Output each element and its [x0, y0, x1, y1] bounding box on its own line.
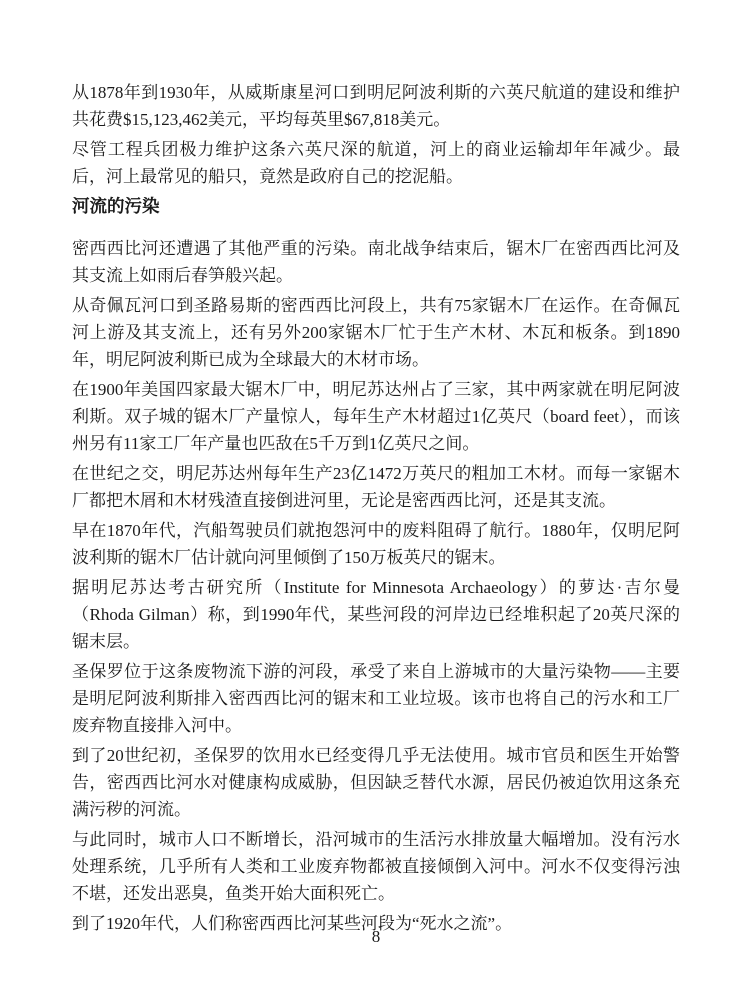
paragraph: 尽管工程兵团极力维护这条六英尺深的航道，河上的商业运输却年年减少。最后，河上最常…	[72, 136, 680, 190]
paragraph: 到了20世纪初，圣保罗的饮用水已经变得几乎无法使用。城市官员和医生开始警告，密西…	[72, 742, 680, 823]
document-page: 从1878年到1930年，从威斯康星河口到明尼阿波利斯的六英尺航道的建设和维护共…	[0, 0, 752, 1000]
paragraph: 在世纪之交，明尼苏达州每年生产23亿1472万英尺的粗加工木材。而每一家锯木厂都…	[72, 460, 680, 514]
paragraph: 早在1870年代，汽船驾驶员们就抱怨河中的废料阻碍了航行。1880年，仅明尼阿波…	[72, 517, 680, 571]
paragraph: 与此同时，城市人口不断增长，沿河城市的生活污水排放量大幅增加。没有污水处理系统，…	[72, 826, 680, 907]
document-body: 从1878年到1930年，从威斯康星河口到明尼阿波利斯的六英尺航道的建设和维护共…	[72, 0, 680, 940]
paragraph: 在1900年美国四家最大锯木厂中，明尼苏达州占了三家，其中两家就在明尼阿波利斯。…	[72, 376, 680, 457]
paragraph: 密西西比河还遭遇了其他严重的污染。南北战争结束后，锯木厂在密西西比河及其支流上如…	[72, 235, 680, 289]
paragraph: 圣保罗位于这条废物流下游的河段，承受了来自上游城市的大量污染物——主要是明尼阿波…	[72, 658, 680, 739]
paragraph: 从奇佩瓦河口到圣路易斯的密西西比河段上，共有75家锯木厂在运作。在奇佩瓦河上游及…	[72, 292, 680, 373]
page-number: 8	[0, 927, 752, 947]
section-heading: 河流的污染	[72, 193, 680, 220]
paragraph: 据明尼苏达考古研究所（Institute for Minnesota Archa…	[72, 574, 680, 655]
paragraph: 从1878年到1930年，从威斯康星河口到明尼阿波利斯的六英尺航道的建设和维护共…	[72, 79, 680, 133]
